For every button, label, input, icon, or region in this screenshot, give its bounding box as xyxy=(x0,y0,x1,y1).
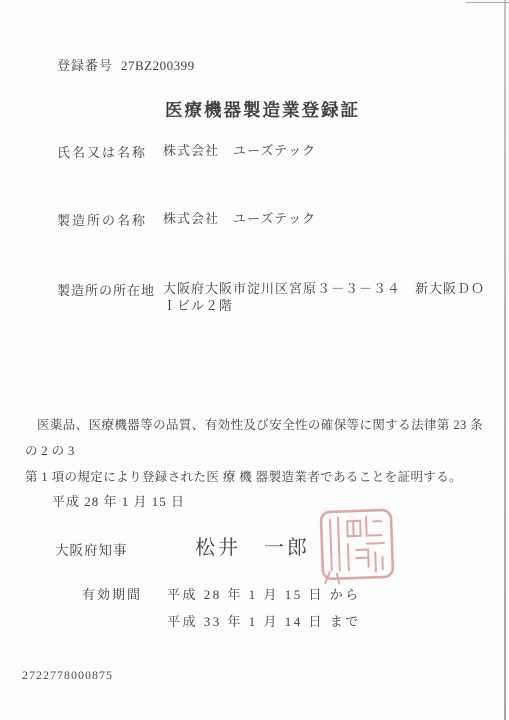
scan-edge-horizontal-line xyxy=(466,2,509,3)
validity-period-to: 平成 33 年 1 月 14 日 まで xyxy=(167,611,361,630)
registration-number-label: 登録番号 xyxy=(57,58,113,73)
statement-line-1: 医薬品、医療機器等の品質、有効性及び安全性の確保等に関する法律第 23 条の 2… xyxy=(25,418,483,458)
field-label-name: 氏名又は名称 xyxy=(57,142,162,161)
validity-period-label: 有効期間 xyxy=(82,584,142,603)
certification-statement: 医薬品、医療機器等の品質、有効性及び安全性の確保等に関する法律第 23 条の 2… xyxy=(25,412,487,490)
issuer-title: 大阪府知事 xyxy=(55,539,128,559)
registration-number-value: 27BZ200399 xyxy=(121,58,195,73)
serial-number: 2722778000875 xyxy=(22,668,113,683)
certificate-title: 医療機器製造業登録証 xyxy=(0,97,509,122)
field-label-factory-name: 製造所の名称 xyxy=(57,210,162,229)
field-value-name: 株式会社 ユーズテック xyxy=(163,142,485,159)
certificate-page: 登録番号27BZ200399 医療機器製造業登録証 氏名又は名称 株式会社 ユー… xyxy=(0,0,509,720)
validity-period-from: 平成 28 年 1 月 15 日 から xyxy=(167,584,361,603)
issuer-name: 松井 一郎 xyxy=(195,531,310,560)
statement-line-2: 第 1 項の規定により登録された医 療 機 器製造業者であることを証明する。 xyxy=(25,470,462,484)
field-value-factory-address: 大阪府大阪市淀川区宮原３－３－３４ 新大阪ＤＯＩビル２階 xyxy=(163,280,485,314)
field-value-factory-name: 株式会社 ユーズテック xyxy=(163,210,485,227)
issue-date: 平成 28 年 1 月 15 日 xyxy=(52,491,185,510)
field-label-factory-address: 製造所の所在地 xyxy=(57,280,162,299)
official-red-seal-icon xyxy=(314,506,398,588)
registration-number-row: 登録番号27BZ200399 xyxy=(57,55,195,74)
